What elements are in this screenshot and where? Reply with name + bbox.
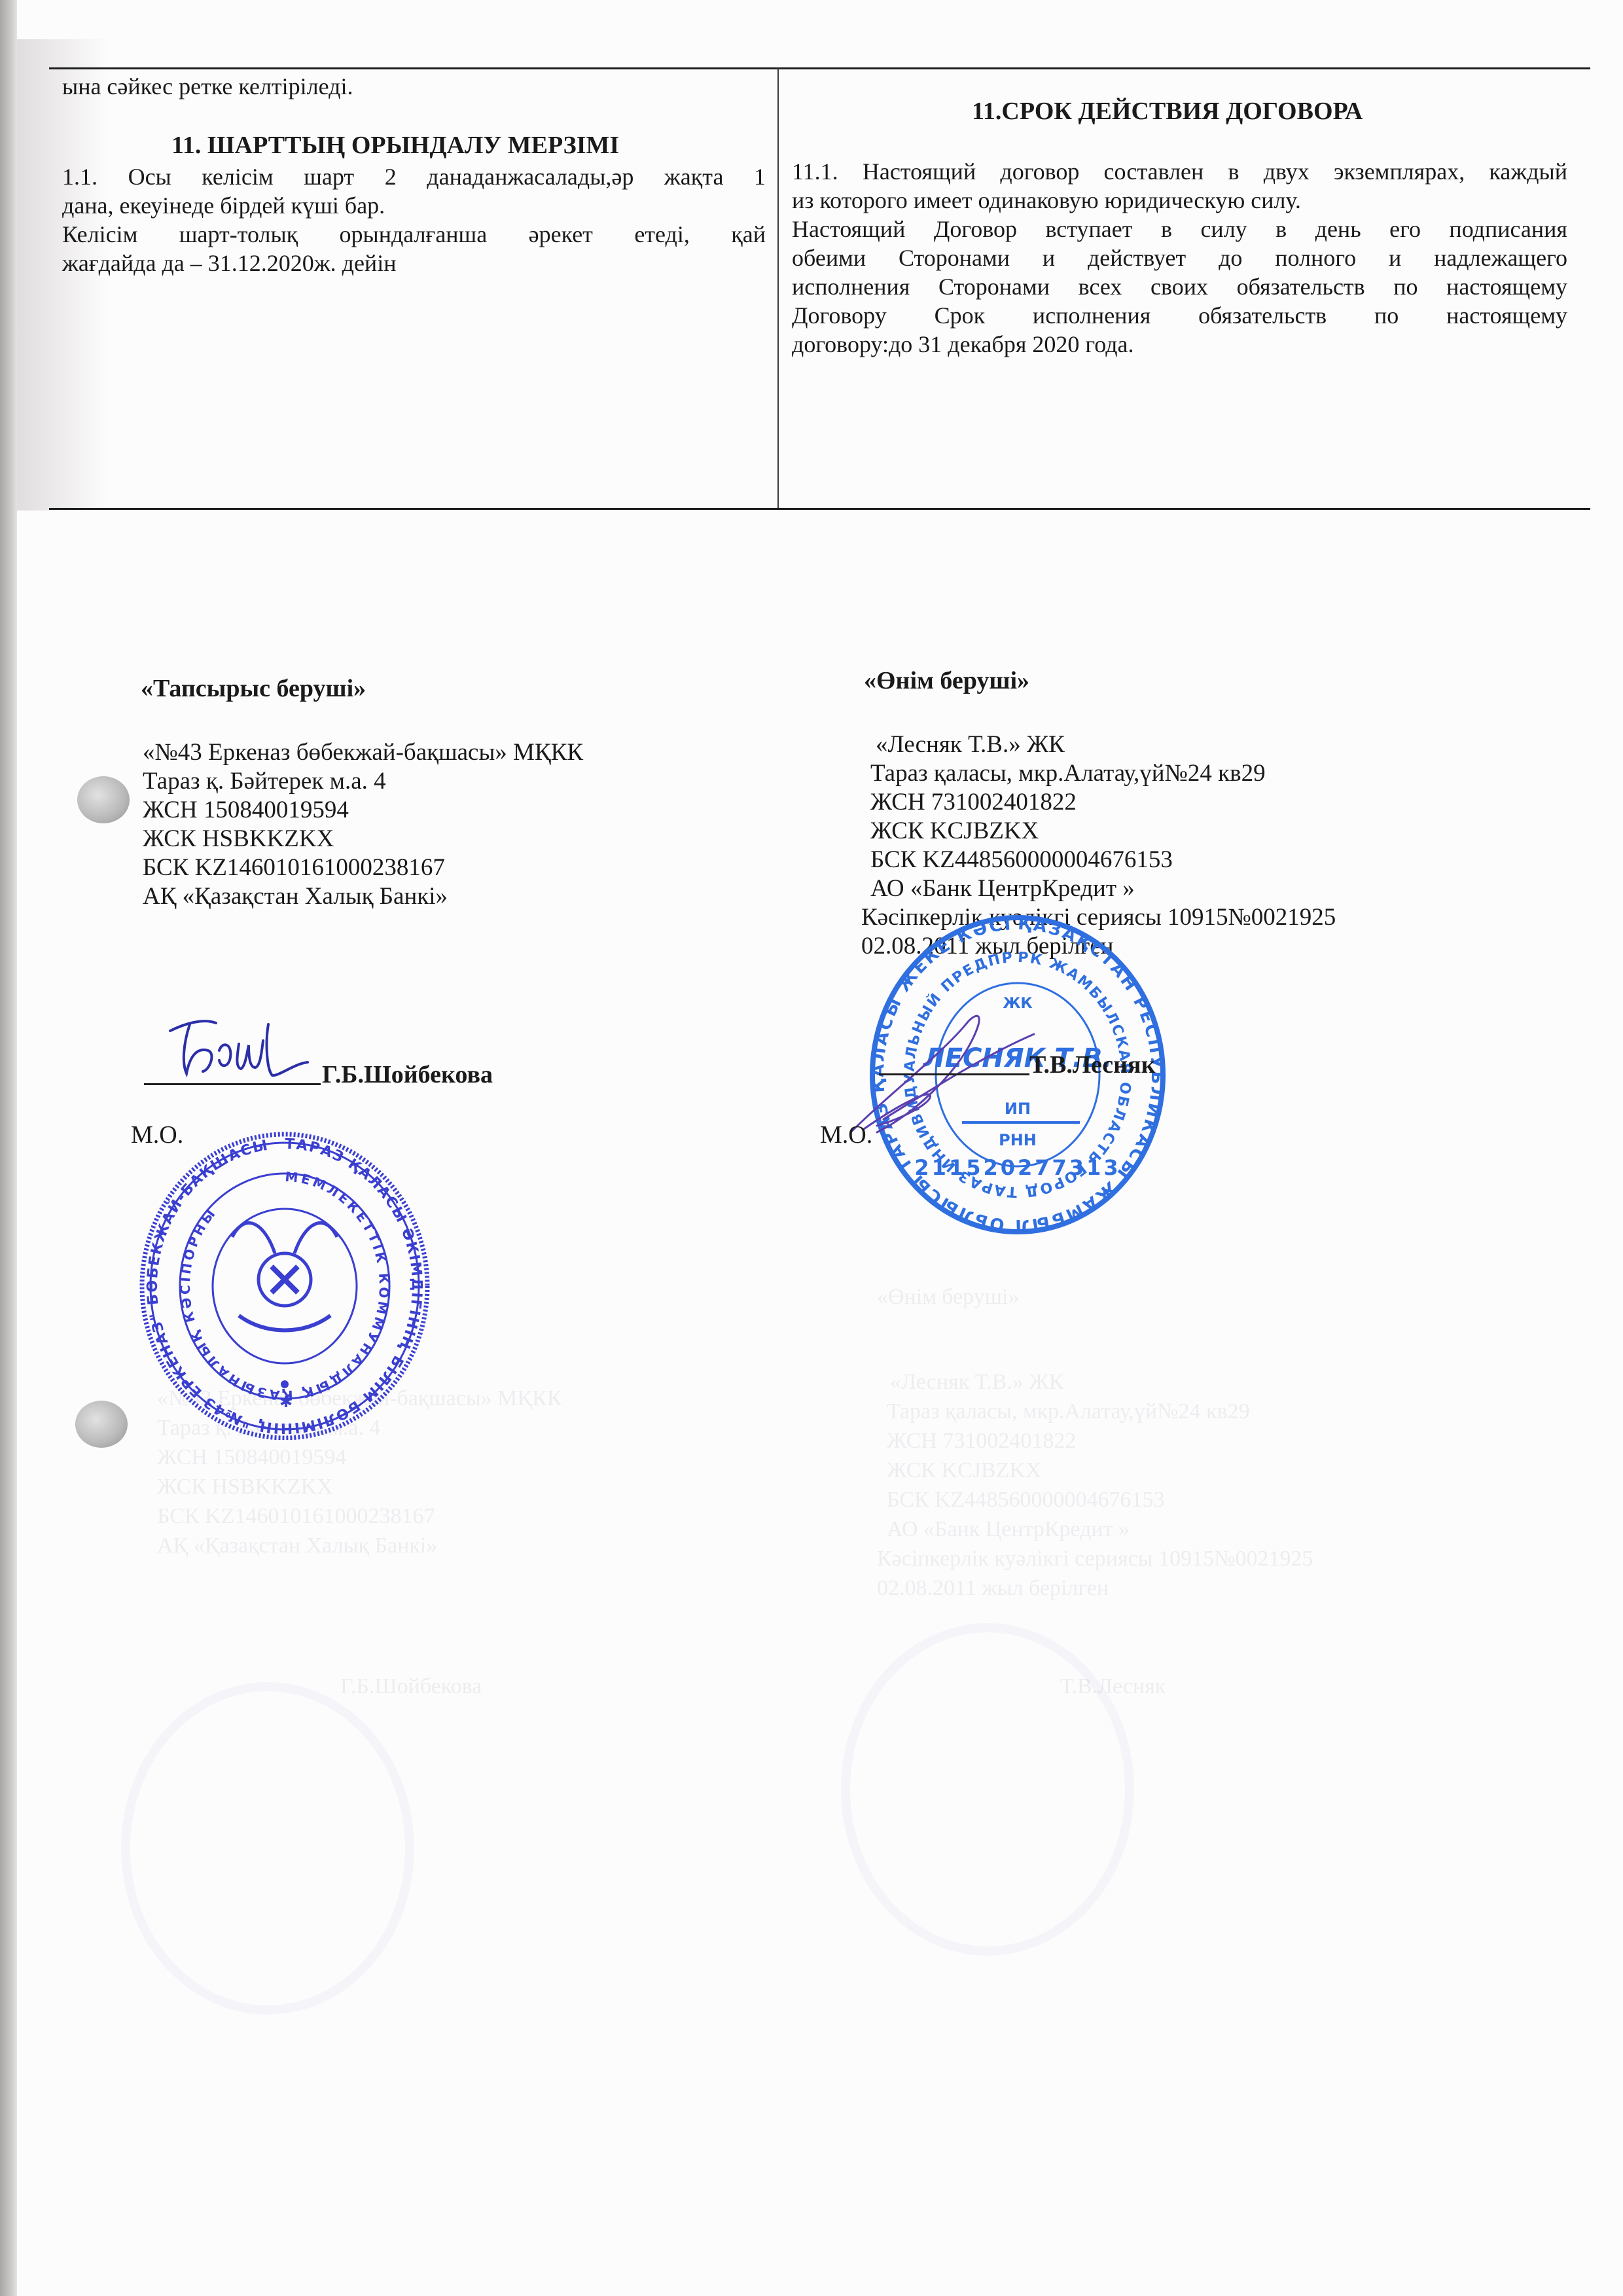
section-ru-body: 11.1. Настоящий договор составлен в двух… (792, 157, 1567, 359)
supplier-title: «Өнім беруші» (864, 666, 1029, 695)
table-column-divider (777, 68, 779, 509)
supplier-bic: ЖСК KCJBZKX (870, 817, 1336, 846)
section-kz-heading: 11. ШАРТТЫҢ ОРЫНДАЛУ МЕРЗІМІ (171, 131, 619, 160)
supplier-signature-line (879, 1073, 1029, 1075)
customer-address: Тараз қ. Бәйтерек м.а. 4 (143, 767, 583, 796)
customer-name: «№43 Еркеназ бөбекжай-бақшасы» МҚКК (143, 738, 583, 767)
ru-line-2: из которого имеет одинаковую юридическую… (792, 186, 1567, 215)
table-bottom-border (49, 508, 1590, 510)
customer-seal-stamp: ТАРАЗ ҚАЛАСЫ ӘКІМДІГІНІҢ БІЛІМ БӨЛІМІНІҢ… (134, 1126, 435, 1440)
punch-hole-top (77, 776, 130, 823)
customer-bin: ЖСН 150840019594 (143, 796, 583, 825)
ru-line-6: Договору Срок исполнения обязательств по… (792, 301, 1567, 330)
customer-bic: ЖСК HSBKKZKX (143, 825, 583, 853)
supplier-bank: АО «Банк ЦентрКредит » (870, 874, 1336, 903)
customer-signatory: Г.Б.Шойбекова (322, 1060, 493, 1089)
table-top-border (49, 67, 1590, 69)
kz-line-4: жағдайда да – 31.12.2020ж. дейін (62, 249, 766, 278)
svg-text:МЕМЛЕКЕТТІК КОММУНАЛДЫҚ ҚАЗЫНА: МЕМЛЕКЕТТІК КОММУНАЛДЫҚ ҚАЗЫНАЛЫҚ КӘСІПО… (177, 1169, 392, 1404)
customer-title: «Тапсырыс беруші» (141, 674, 366, 703)
carryover-line: ына сәйкес ретке келтіріледі. (62, 72, 353, 101)
customer-iban: БСК KZ146010161000238167 (143, 853, 583, 882)
customer-signature (157, 1011, 327, 1083)
supplier-signatory: Т.В.Лесняк (1029, 1050, 1156, 1079)
customer-bank: АҚ «Қазақстан Халық Банкі» (143, 882, 583, 911)
section-ru-heading: 11.СРОК ДЕЙСТВИЯ ДОГОВОРА (972, 97, 1363, 126)
punch-hole-bottom (75, 1401, 128, 1448)
ru-line-1: 11.1. Настоящий договор составлен в двух… (792, 157, 1567, 186)
supplier-iban: БСК KZ448560000004676153 (870, 846, 1336, 874)
kz-line-3: Келісім шарт-толық орындалғанша әрекет е… (62, 220, 766, 249)
ru-line-4: обеими Сторонами и действует до полного … (792, 243, 1567, 272)
supplier-seal-label: М.О. (820, 1121, 872, 1149)
ru-line-7: договору:до 31 декабря 2020 года. (792, 330, 1567, 359)
customer-details: «№43 Еркеназ бөбекжай-бақшасы» МҚКК Тара… (143, 738, 583, 911)
scan-edge-shadow (0, 0, 17, 2296)
supplier-name: «Лесняк Т.В.» ЖК (870, 730, 1336, 759)
ru-line-3: Настоящий Договор вступает в силу в день… (792, 215, 1567, 243)
supplier-address: Тараз қаласы, мкр.Алатау,үй№24 кв29 (870, 759, 1336, 788)
customer-signature-line (144, 1083, 321, 1085)
section-kz-body: 1.1. Осы келісім шарт 2 данаданжасалады,… (62, 162, 766, 278)
supplier-bin: ЖСН 731002401822 (870, 788, 1336, 817)
svg-text:211520277313: 211520277313 (914, 1155, 1120, 1180)
kz-line-1: 1.1. Осы келісім шарт 2 данаданжасалады,… (62, 162, 766, 191)
ru-line-5: исполнения Сторонами всех своих обязател… (792, 272, 1567, 301)
svg-text:✱: ✱ (279, 1394, 293, 1411)
kz-line-2: дана, екеуінеде бірдей күші бар. (62, 191, 766, 220)
